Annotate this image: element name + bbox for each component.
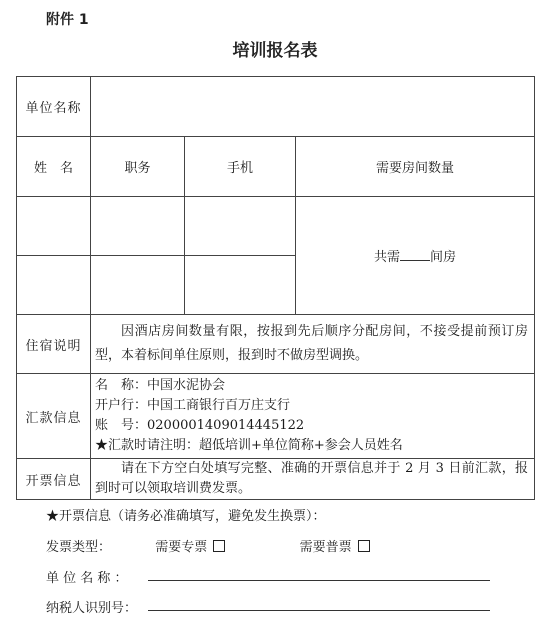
registration-table: 单位名称 姓 名 职务 手机 需要房间数量 共需间房 住宿说明 因酒店房间数量有… xyxy=(16,76,535,500)
remittance-note: ★汇款时请注明：超低培训+单位简称+参会人员姓名 xyxy=(95,436,530,456)
column-header-name: 姓 名 xyxy=(17,137,91,197)
taxpayer-id-field[interactable] xyxy=(148,610,490,611)
attachment-label: 附件 1 xyxy=(46,9,89,29)
lodging-label: 住宿说明 xyxy=(17,315,91,374)
special-invoice-checkbox[interactable] xyxy=(213,540,225,552)
column-header-phone: 手机 xyxy=(185,137,296,197)
attendee-phone-field[interactable] xyxy=(185,197,296,256)
header-row: 姓 名 职务 手机 需要房间数量 xyxy=(17,137,535,197)
rooms-cell: 共需间房 xyxy=(296,197,535,315)
account-number: 账 号：0200001409014445122 xyxy=(95,416,530,436)
column-header-position: 职务 xyxy=(91,137,185,197)
invoice-label: 开票信息 xyxy=(17,459,91,500)
remittance-details: 名 称：中国水泥协会 开户行：中国工商银行百万庄支行 账 号：020000140… xyxy=(91,374,535,459)
invoice-type-row: 发票类型： 需要专票 需要普票 xyxy=(46,536,370,555)
attendee-position-field[interactable] xyxy=(91,197,185,256)
unit-name-row: 单位名称 xyxy=(17,77,535,137)
attendee-row: 共需间房 xyxy=(17,197,535,256)
lodging-row: 住宿说明 因酒店房间数量有限，按报到先后顺序分配房间，不接受提前预订房型，本着标… xyxy=(17,315,535,374)
bank-name: 开户行：中国工商银行百万庄支行 xyxy=(95,396,530,416)
unit-name-field[interactable] xyxy=(91,77,535,137)
invoice-text: 请在下方空白处填写完整、准确的开票信息并于 2 月 3 日前汇款，报到时可以领取… xyxy=(91,459,535,500)
rooms-suffix: 间房 xyxy=(430,250,456,265)
invoice-type-label: 发票类型： xyxy=(46,540,111,555)
option-general-invoice[interactable]: 需要普票 xyxy=(300,540,370,555)
option-special-label: 需要专票 xyxy=(155,540,207,555)
lodging-text: 因酒店房间数量有限，按报到先后顺序分配房间，不接受提前预订房型，本着标间单住原则… xyxy=(91,315,535,374)
invoice-unit-name-field[interactable] xyxy=(148,580,490,581)
invoice-section-heading: ★开票信息（请务必准确填写，避免发生换票）： xyxy=(46,505,326,524)
remittance-label: 汇款信息 xyxy=(17,374,91,459)
page-title: 培训报名表 xyxy=(0,36,550,61)
attendee-name-field[interactable] xyxy=(17,197,91,256)
option-general-label: 需要普票 xyxy=(300,540,352,555)
unit-name-label: 单位名称 xyxy=(17,77,91,137)
option-special-invoice[interactable]: 需要专票 xyxy=(155,540,229,555)
attendee-phone-field[interactable] xyxy=(185,256,296,315)
taxpayer-id-label: 纳税人识别号： xyxy=(46,597,137,616)
rooms-count-field[interactable] xyxy=(400,248,430,261)
attendee-name-field[interactable] xyxy=(17,256,91,315)
invoice-unit-name-label: 单 位 名 称 ： xyxy=(46,567,128,586)
payee-name: 名 称：中国水泥协会 xyxy=(95,376,530,396)
rooms-prefix: 共需 xyxy=(374,250,400,265)
column-header-rooms: 需要房间数量 xyxy=(296,137,535,197)
remittance-row: 汇款信息 名 称：中国水泥协会 开户行：中国工商银行百万庄支行 账 号：0200… xyxy=(17,374,535,459)
attendee-position-field[interactable] xyxy=(91,256,185,315)
general-invoice-checkbox[interactable] xyxy=(358,540,370,552)
invoice-row: 开票信息 请在下方空白处填写完整、准确的开票信息并于 2 月 3 日前汇款，报到… xyxy=(17,459,535,500)
